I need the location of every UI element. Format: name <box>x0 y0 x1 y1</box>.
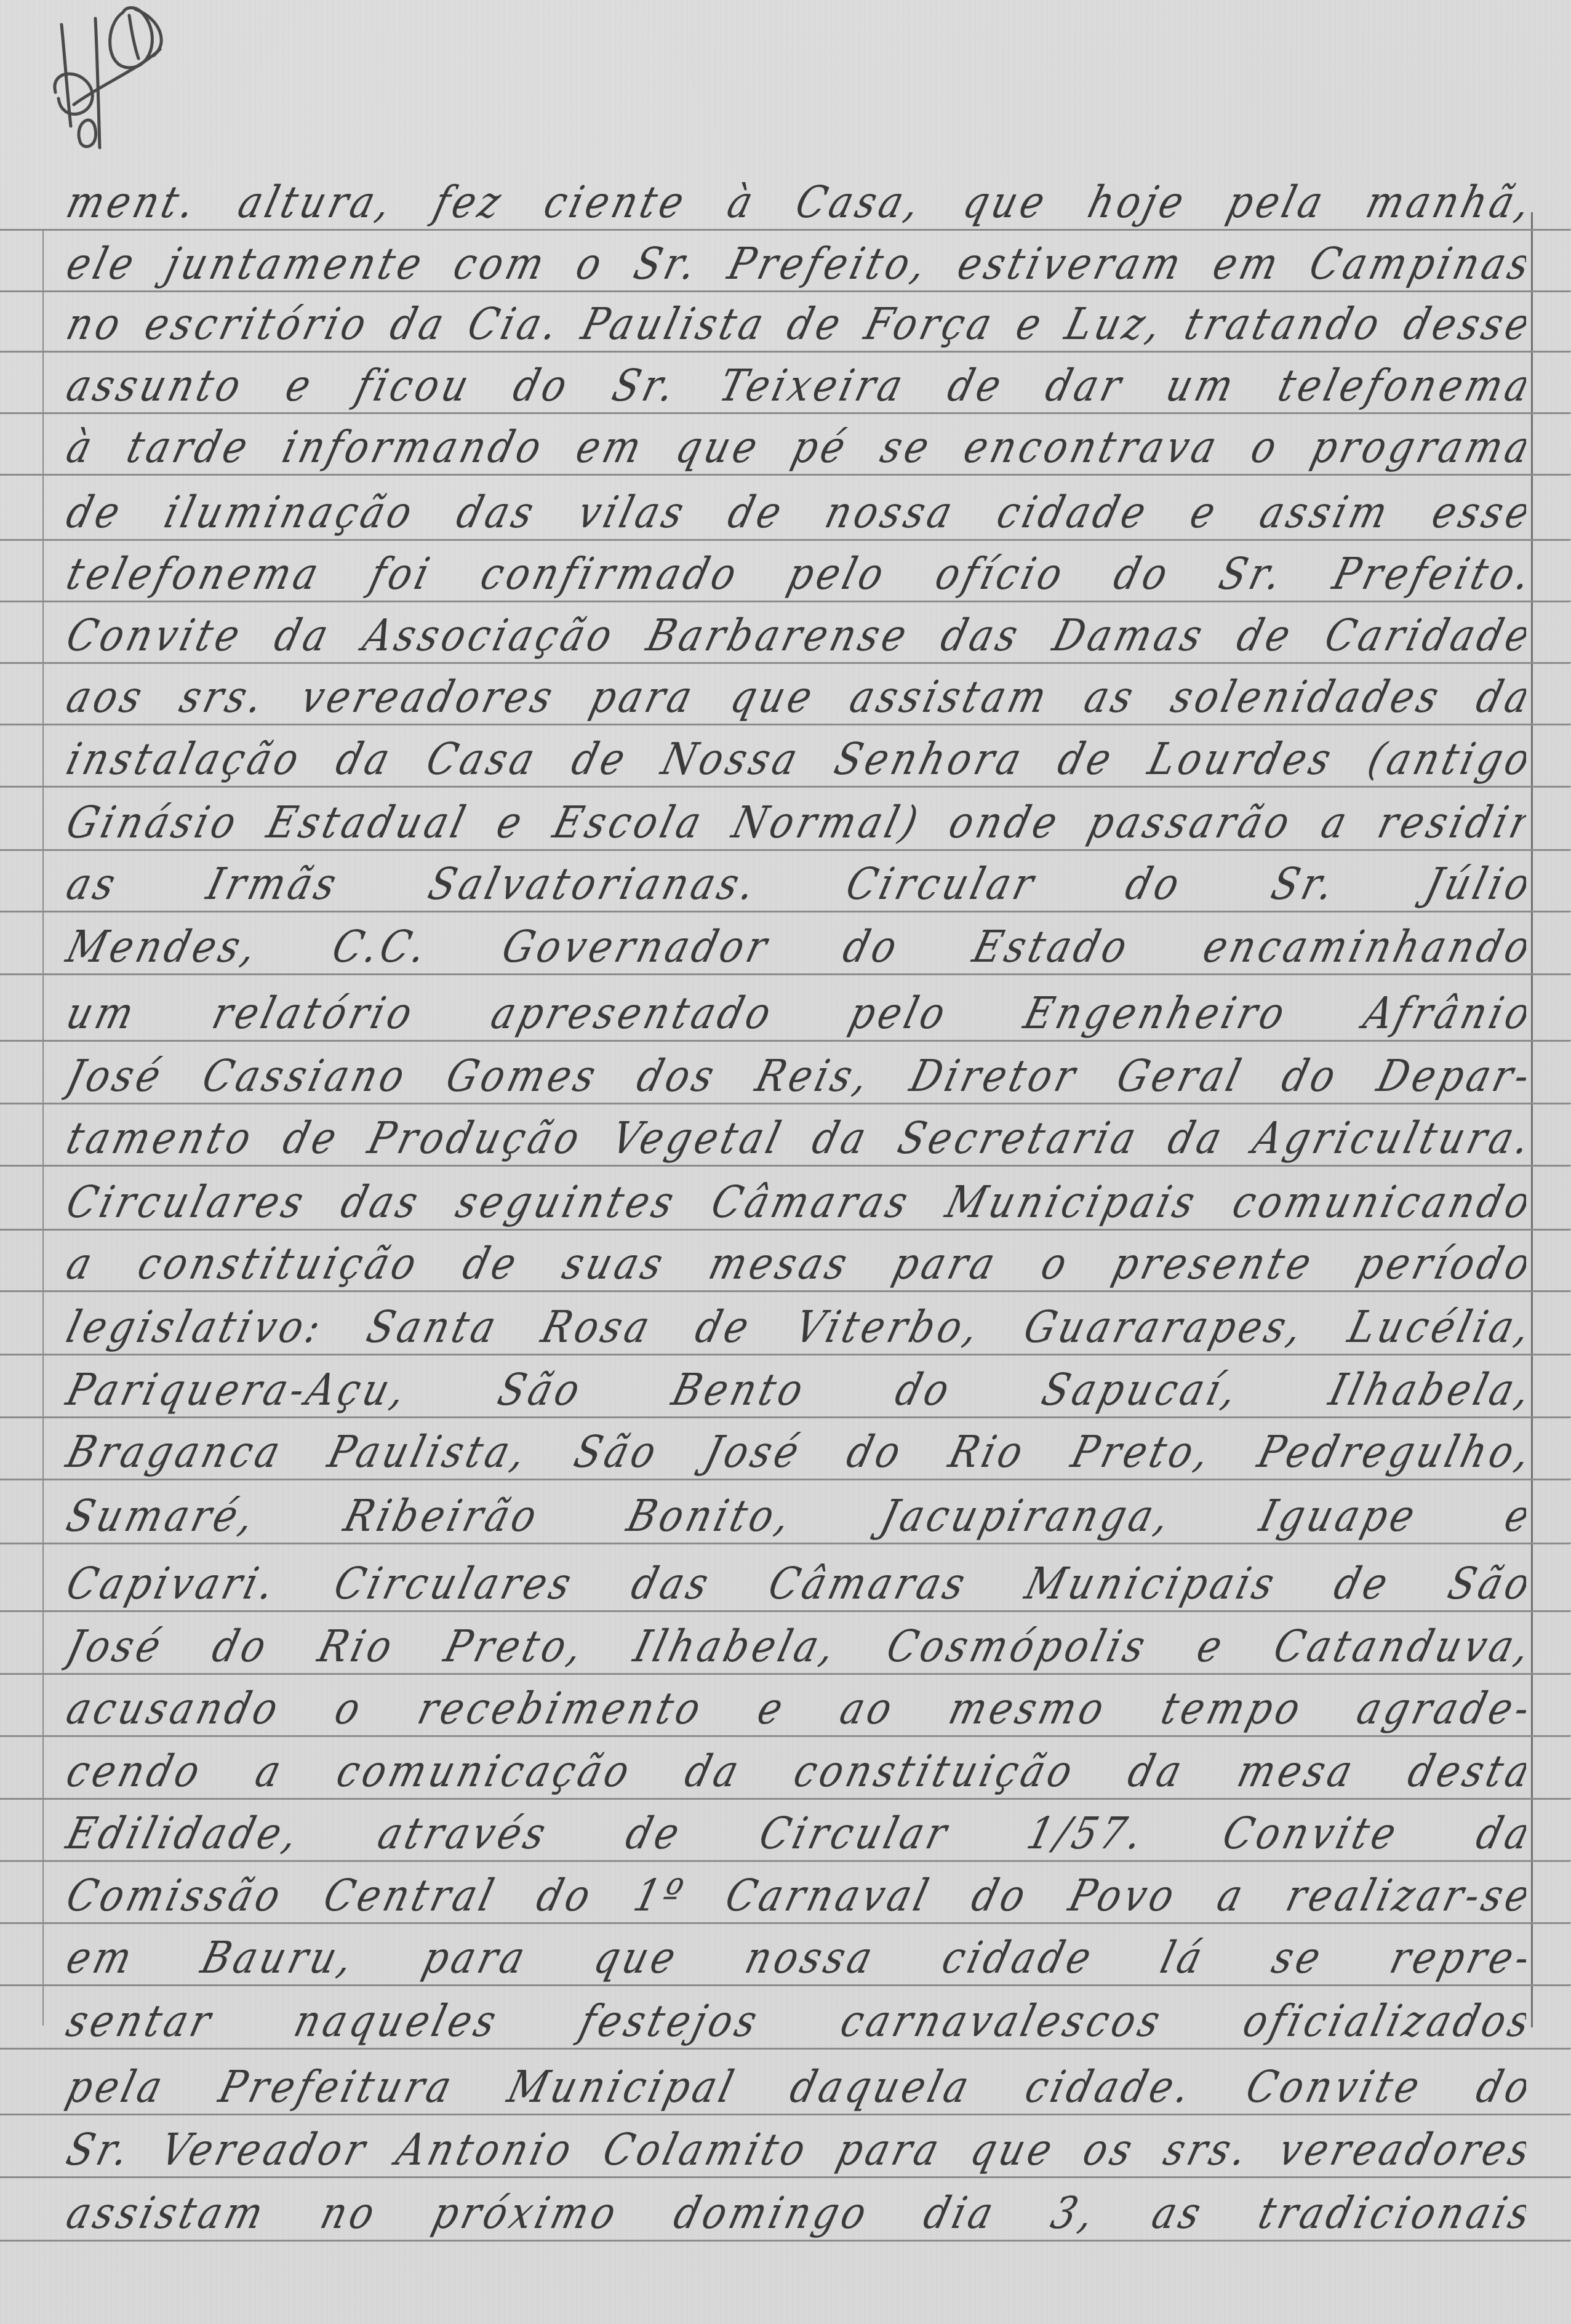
handwritten-word: da <box>270 609 337 661</box>
handwritten-word: Catanduva, <box>1269 1620 1526 1672</box>
handwritten-word: os <box>1078 2123 1141 2175</box>
handwritten-word: repre- <box>1385 1931 1526 1983</box>
handwritten-word: Nossa <box>657 733 806 785</box>
handwritten-word: ciente <box>539 176 693 228</box>
handwritten-word: Caridade <box>1320 609 1526 661</box>
handwritten-word: da <box>1123 1745 1191 1797</box>
handwritten-word: lá <box>1156 1931 1211 1983</box>
handwritten-word: tempo <box>1156 1682 1309 1734</box>
handwritten-word: seguintes <box>451 1176 682 1228</box>
handwritten-word: Circular <box>754 1807 956 1859</box>
handwritten-word: em <box>1208 238 1287 289</box>
handwritten-word: Ribeirão <box>339 1490 546 1541</box>
handwritten-word: assistam <box>845 671 1055 722</box>
text-line: instalaçãodaCasadeNossaSenhoradeLourdes(… <box>62 729 1526 785</box>
handwritten-word: aos <box>62 671 151 722</box>
handwritten-word: tradicionais <box>1253 2187 1526 2238</box>
handwritten-word: dia <box>919 2187 1002 2238</box>
handwritten-word: Damas <box>1048 609 1211 661</box>
handwritten-word: da <box>1471 671 1526 722</box>
handwritten-word: Municipais <box>1020 1557 1283 1609</box>
handwritten-word: constituição <box>133 1237 425 1289</box>
handwritten-word: do <box>1471 2061 1526 2112</box>
handwritten-word: Luz, <box>1060 298 1170 349</box>
handwritten-word: encaminhando <box>1198 920 1526 972</box>
handwritten-word: vereadores <box>1274 2123 1526 2175</box>
handwritten-word: um <box>62 987 143 1039</box>
handwritten-word: nossa <box>740 1931 881 1983</box>
handwritten-word: informando <box>278 421 550 473</box>
handwritten-word: Gomes <box>441 1050 604 1101</box>
handwritten-word: vilas <box>573 486 692 538</box>
handwritten-word: da <box>807 1112 875 1164</box>
handwritten-word: Guararapes, <box>1019 1301 1311 1352</box>
text-line: GinásioEstadualeEscolaNormal)ondepassarã… <box>62 793 1526 848</box>
handwritten-word: do <box>207 1620 275 1672</box>
handwritten-word: José <box>700 1426 808 1477</box>
handwritten-word: José <box>62 1050 170 1101</box>
handwritten-word: Ginásio <box>62 796 245 848</box>
text-line: ment.altura,fezcienteàCasa,quehojepelama… <box>62 172 1526 228</box>
handwritten-word: Escola <box>548 796 710 848</box>
handwritten-word: para <box>585 671 701 722</box>
handwritten-word: Circular <box>841 858 1042 909</box>
text-line: JoséCassianoGomesdosReis,DiretorGeraldoD… <box>62 1046 1526 1101</box>
handwritten-word: Circulares <box>62 1176 312 1228</box>
handwritten-word: de <box>690 1301 758 1352</box>
handwritten-word: Salvatorianas. <box>423 858 764 909</box>
handwritten-word: o <box>1246 421 1285 473</box>
handwritten-word: São <box>569 1426 665 1477</box>
handwritten-word: de <box>567 733 634 785</box>
handwritten-word: e <box>281 359 320 411</box>
handwritten-word: as <box>1147 2187 1210 2238</box>
handwritten-word: Geral <box>1112 1050 1250 1101</box>
handwritten-word: Produção <box>363 1112 588 1164</box>
handwritten-word: para <box>418 1931 534 1983</box>
text-line: telefonemafoiconfirmadopeloofíciodoSr.Pr… <box>62 544 1526 599</box>
handwritten-word: da <box>1163 1112 1231 1164</box>
handwritten-word: (antigo <box>1363 733 1526 785</box>
handwritten-word: a <box>1316 796 1356 848</box>
handwritten-word: Colamito <box>598 2123 814 2175</box>
handwritten-word: Prefeito. <box>1328 548 1526 599</box>
handwritten-word: do <box>967 1869 1034 1921</box>
handwritten-word: Convite <box>1218 1807 1405 1859</box>
handwritten-word: juntamente <box>161 238 431 289</box>
handwritten-word: Irmãs <box>202 858 345 909</box>
handwritten-word: Sr. <box>1214 548 1290 599</box>
handwritten-word: Edilidade, <box>62 1807 306 1859</box>
handwritten-word: Bonito, <box>622 1490 799 1541</box>
text-line: JosédoRioPreto,Ilhabela,CosmópoliseCatan… <box>62 1616 1526 1672</box>
handwritten-word: mesa <box>1233 1745 1361 1797</box>
handwritten-word: Viterbo, <box>790 1301 987 1352</box>
handwritten-word: dos <box>632 1050 723 1101</box>
text-line: Sumaré,RibeirãoBonito,Jacupiranga,Iguape… <box>62 1486 1526 1541</box>
handwritten-word: e <box>1192 1620 1231 1672</box>
handwritten-word: sentar <box>62 1995 220 2046</box>
handwritten-word: Santa <box>362 1301 505 1352</box>
handwritten-word: Casa <box>422 733 543 785</box>
handwritten-word: Lucélia, <box>1343 1301 1526 1352</box>
handwritten-word: de <box>782 298 849 349</box>
handwritten-word: domingo <box>669 2187 876 2238</box>
handwritten-word: pela <box>62 2061 171 2112</box>
handwritten-word: assistam <box>62 2187 272 2238</box>
handwritten-word: de <box>621 1807 688 1859</box>
text-line: ComissãoCentraldo1ºCarnavaldoPovoarealiz… <box>62 1866 1526 1921</box>
handwritten-word: estiveram <box>953 238 1189 289</box>
handwritten-word: através <box>373 1807 554 1859</box>
handwritten-word: Estadual <box>262 796 474 848</box>
handwritten-word: Teixeira <box>714 359 911 411</box>
text-line: BragancaPaulista,SãoJosédoRioPreto,Pedre… <box>62 1422 1526 1477</box>
handwritten-word: das <box>336 1176 426 1228</box>
handwritten-word: presente <box>1108 1237 1320 1289</box>
handwritten-word: de <box>723 486 790 538</box>
text-line: assistamnopróximodomingodia3,astradicion… <box>62 2183 1526 2238</box>
handwritten-word: do <box>508 359 576 411</box>
handwritten-word: de <box>458 1237 525 1289</box>
handwritten-word: mesas <box>704 1237 856 1289</box>
handwritten-word: telefonema <box>1273 359 1526 411</box>
handwritten-word: vereadores <box>296 671 561 722</box>
handwritten-word: Força <box>860 298 1001 349</box>
handwritten-word: o <box>330 1682 369 1734</box>
handwritten-word: Bento <box>667 1364 812 1415</box>
handwritten-word: hoje <box>1083 176 1193 228</box>
handwritten-word: Barbarense <box>642 609 916 661</box>
text-line: pelaPrefeituraMunicipaldaquelacidade.Con… <box>62 2057 1526 2112</box>
handwritten-word: srs. <box>1159 2123 1256 2175</box>
handwritten-word: de <box>1053 733 1120 785</box>
handwritten-word: a <box>250 1745 290 1797</box>
handwritten-word: 1º <box>629 1869 692 1921</box>
handwritten-word: passarão <box>1083 796 1298 848</box>
text-line: tamentodeProduçãoVegetaldaSecretariadaAg… <box>62 1108 1526 1164</box>
handwritten-word: do <box>532 1869 599 1921</box>
handwritten-word: foi <box>365 548 438 599</box>
handwritten-word: pela <box>1222 176 1332 228</box>
text-line: umrelatórioapresentadopeloEngenheiroAfrâ… <box>62 983 1526 1039</box>
handwritten-word: que <box>958 176 1053 228</box>
handwritten-word: Engenheiro <box>1019 987 1293 1039</box>
handwritten-word: ofício <box>930 548 1071 599</box>
handwritten-word: Vegetal <box>607 1112 789 1164</box>
handwritten-word: Carnaval <box>721 1869 937 1921</box>
handwritten-word: de <box>943 359 1010 411</box>
handwritten-word: o <box>1036 1237 1076 1289</box>
handwritten-word: programa <box>1306 421 1526 473</box>
handwritten-word: do <box>1109 548 1177 599</box>
handwritten-word: à <box>722 176 762 228</box>
handwritten-word: ficou <box>351 359 478 411</box>
handwritten-word: da <box>680 1745 748 1797</box>
handwritten-word: em <box>62 1931 140 1983</box>
handwritten-word: fez <box>429 176 510 228</box>
handwritten-word: residir <box>1373 796 1526 848</box>
text-line: sentarnaquelesfestejoscarnavalescosofici… <box>62 1991 1526 2046</box>
handwritten-word: Júlio <box>1420 858 1526 909</box>
handwritten-word: Rio <box>944 1426 1032 1477</box>
text-line: acusandoorecebimentoeaomesmotempoagrade- <box>62 1679 1526 1734</box>
handwritten-word: cidade <box>937 1931 1100 1983</box>
handwritten-word: recebimento <box>413 1682 710 1734</box>
handwritten-word: legislativo: <box>62 1301 330 1352</box>
handwritten-word: esse <box>1427 486 1526 538</box>
text-line: emBauru,paraquenossacidadeláserepre- <box>62 1928 1526 1983</box>
handwritten-word: Diretor <box>905 1050 1084 1101</box>
handwritten-word: Convite <box>62 609 249 661</box>
handwritten-word: período <box>1353 1237 1526 1289</box>
text-line: assuntoeficoudoSr.Teixeiradedarumtelefon… <box>62 356 1526 411</box>
handwritten-word: Ilhabela, <box>1324 1364 1526 1415</box>
handwritten-word: acusando <box>62 1682 287 1734</box>
handwritten-word: Afrânio <box>1359 987 1526 1039</box>
text-line: aossrs.vereadoresparaqueassistamassoleni… <box>62 667 1526 722</box>
handwritten-word: Municipal <box>503 2061 742 2112</box>
handwritten-word: cidade <box>992 486 1155 538</box>
handwritten-word: pelo <box>783 548 892 599</box>
handwritten-word: das <box>936 609 1026 661</box>
text-line: cendoacomunicaçãodaconstituiçãodamesades… <box>62 1741 1526 1797</box>
handwritten-word: Campinas <box>1305 238 1526 289</box>
handwritten-word: de <box>1232 609 1299 661</box>
handwritten-word: constituição <box>789 1745 1081 1797</box>
handwritten-word: desta <box>1403 1745 1526 1797</box>
handwritten-word: Prefeitura <box>214 2061 460 2112</box>
handwritten-word: Cia. <box>463 298 567 349</box>
handwritten-word: e <box>1500 1490 1526 1541</box>
handwritten-word: Sapucaí, <box>1037 1364 1245 1415</box>
handwritten-word: para <box>888 1237 1004 1289</box>
handwritten-word: Iguape <box>1255 1490 1423 1541</box>
handwritten-word: Central <box>319 1869 502 1921</box>
handwritten-word: São <box>493 1364 589 1415</box>
handwritten-word: Rosa <box>537 1301 658 1352</box>
handwritten-word: Preto, <box>1066 1426 1218 1477</box>
handwritten-word: e <box>1011 298 1050 349</box>
text-line: noescritóriodaCia.PaulistadeForçaeLuz,tr… <box>62 294 1526 349</box>
handwritten-word: Lourdes <box>1143 733 1340 785</box>
handwritten-word: Estado <box>968 920 1136 972</box>
handwritten-word: apresentado <box>486 987 780 1039</box>
handwritten-word: José <box>62 1620 170 1672</box>
handwritten-word: carnavalescos <box>836 1995 1169 2046</box>
handwritten-word: nossa <box>820 486 961 538</box>
handwritten-word: confirmado <box>476 548 745 599</box>
handwritten-word: no <box>316 2187 383 2238</box>
handwritten-word: Paulista <box>577 298 772 349</box>
handwritten-word: se <box>876 421 938 473</box>
handwritten-word: Rio <box>313 1620 401 1672</box>
handwritten-word: Agricultura. <box>1248 1112 1526 1164</box>
handwritten-word: Povo <box>1064 1869 1183 1921</box>
handwritten-word: São <box>1443 1557 1526 1609</box>
handwritten-word: do <box>1277 1050 1345 1101</box>
handwritten-word: em <box>571 421 650 473</box>
handwritten-word: as <box>1079 671 1142 722</box>
ledger-page: ment.altura,fezcienteàCasa,quehojepelama… <box>0 0 1571 2324</box>
handwritten-word: à <box>62 421 101 473</box>
handwritten-word: telefonema <box>62 548 327 599</box>
text-line: àtardeinformandoemquepéseencontravaoprog… <box>62 417 1526 473</box>
handwritten-word: assunto <box>62 359 250 411</box>
handwritten-word: Pedregulho, <box>1253 1426 1526 1477</box>
handwritten-word: ment. <box>62 176 204 228</box>
handwritten-word: Bauru, <box>196 1931 362 1983</box>
handwritten-word: as <box>62 858 124 909</box>
handwritten-word: comunicando <box>1228 1176 1526 1228</box>
handwritten-text-block: ment.altura,fezcienteàCasa,quehojepelama… <box>0 0 1571 2324</box>
handwritten-word: realizar-se <box>1281 1869 1526 1921</box>
handwritten-word: ao <box>835 1682 901 1734</box>
handwritten-word: da <box>1471 1807 1526 1859</box>
handwritten-word: da <box>331 733 399 785</box>
handwritten-word: das <box>626 1557 717 1609</box>
handwritten-word: Governador <box>497 920 776 972</box>
handwritten-word: Câmaras <box>764 1557 974 1609</box>
handwritten-word: agrade- <box>1352 1682 1526 1734</box>
handwritten-word: iluminação <box>159 486 421 538</box>
handwritten-word: manhã, <box>1361 176 1526 228</box>
text-line: deiluminaçãodasvilasdenossacidadeeassime… <box>62 482 1526 538</box>
handwritten-word: Preto, <box>439 1620 591 1672</box>
handwritten-word: Casa, <box>791 176 929 228</box>
handwritten-word: escritório <box>140 298 375 349</box>
text-line: legislativo:SantaRosadeViterbo,Guararape… <box>62 1297 1526 1352</box>
handwritten-word: assim <box>1255 486 1396 538</box>
handwritten-word: Sr. <box>629 238 705 289</box>
handwritten-word: dar <box>1041 359 1130 411</box>
handwritten-word: pé <box>787 421 854 473</box>
handwritten-word: altura, <box>233 176 400 228</box>
handwritten-word: desse <box>1399 298 1526 349</box>
text-line: CircularesdasseguintesCâmarasMunicipaisc… <box>62 1172 1526 1228</box>
text-line: Edilidade,atravésdeCircular1/57.Convited… <box>62 1803 1526 1859</box>
handwritten-word: instalação <box>62 733 308 785</box>
text-line: elejuntamentecomoSr.Prefeito,estiveramem… <box>62 234 1526 289</box>
handwritten-word: solenidades <box>1166 671 1447 722</box>
text-line: Sr.VereadorAntonioColamitoparaqueossrs.v… <box>62 2120 1526 2175</box>
handwritten-word: cendo <box>62 1745 209 1797</box>
handwritten-word: Antonio <box>391 2123 580 2175</box>
handwritten-word: onde <box>944 796 1066 848</box>
handwritten-word: mesmo <box>944 1682 1113 1734</box>
handwritten-word: comunicação <box>332 1745 638 1797</box>
handwritten-word: que <box>671 421 766 473</box>
handwritten-word: de <box>278 1112 345 1164</box>
handwritten-word: e <box>492 796 531 848</box>
handwritten-word: que <box>589 1931 684 1983</box>
handwritten-word: encontrava <box>959 421 1225 473</box>
handwritten-word: Normal) <box>727 796 927 848</box>
handwritten-word: Capivari. <box>62 1557 283 1609</box>
handwritten-word: oficializados <box>1238 1995 1526 2046</box>
handwritten-word: próximo <box>428 2187 625 2238</box>
handwritten-word: Câmaras <box>706 1176 917 1228</box>
handwritten-word: 3, <box>1046 2187 1103 2238</box>
handwritten-word: Convite <box>1241 2061 1428 2112</box>
text-line: Mendes,C.C.GovernadordoEstadoencaminhand… <box>62 917 1526 972</box>
handwritten-word: relatório <box>207 987 421 1039</box>
handwritten-word: Associação <box>358 609 621 661</box>
handwritten-word: tarde <box>122 421 257 473</box>
handwritten-word: Prefeito, <box>723 238 935 289</box>
handwritten-word: Mendes, <box>62 920 265 972</box>
handwritten-word: 1/57. <box>1022 1807 1151 1859</box>
handwritten-word: no <box>62 298 129 349</box>
handwritten-word: um <box>1161 359 1242 411</box>
text-line: ConvitedaAssociaçãoBarbarensedasDamasdeC… <box>62 605 1526 661</box>
text-line: aconstituiçãodesuasmesasparaopresenteper… <box>62 1234 1526 1289</box>
handwritten-word: Sumaré, <box>62 1490 263 1541</box>
text-line: Capivari.CircularesdasCâmarasMunicipaisd… <box>62 1554 1526 1609</box>
handwritten-word: Reis, <box>751 1050 877 1101</box>
handwritten-word: Secretaria <box>893 1112 1145 1164</box>
handwritten-word: daquela <box>785 2061 978 2112</box>
handwritten-word: pelo <box>844 987 954 1039</box>
text-line: asIrmãsSalvatorianas.CirculardoSr.Júlio <box>62 854 1526 909</box>
handwritten-word: Sr. <box>607 359 684 411</box>
handwritten-word: Sr. <box>1266 858 1343 909</box>
handwritten-word: festejos <box>575 1995 766 2046</box>
handwritten-word: a <box>62 1237 101 1289</box>
handwritten-word: ele <box>62 238 143 289</box>
handwritten-word: da <box>385 298 453 349</box>
handwritten-word: do <box>1121 858 1188 909</box>
handwritten-word: Ilhabela, <box>629 1620 844 1672</box>
text-line: Pariquera-Açu,SãoBentodoSapucaí,Ilhabela… <box>62 1360 1526 1415</box>
handwritten-word: com <box>449 238 553 289</box>
handwritten-word: se <box>1267 1931 1329 1983</box>
handwritten-word: tamento <box>62 1112 260 1164</box>
handwritten-word: de <box>1329 1557 1396 1609</box>
handwritten-word: Municipais <box>941 1176 1204 1228</box>
handwritten-word: do <box>890 1364 958 1415</box>
handwritten-word: Cassiano <box>198 1050 414 1101</box>
handwritten-word: Cosmópolis <box>882 1620 1154 1672</box>
handwritten-word: Braganca <box>62 1426 289 1477</box>
handwritten-word: C.C. <box>327 920 435 972</box>
handwritten-word: Comissão <box>62 1869 289 1921</box>
handwritten-word: das <box>452 486 542 538</box>
handwritten-word: suas <box>558 1237 671 1289</box>
handwritten-word: Vereador <box>156 2123 374 2175</box>
handwritten-word: que <box>726 671 821 722</box>
handwritten-word: Circulares <box>329 1557 580 1609</box>
handwritten-word: Depar- <box>1372 1050 1526 1101</box>
handwritten-word: a <box>1212 1869 1252 1921</box>
handwritten-word: cidade. <box>1020 2061 1199 2112</box>
handwritten-word: Jacupiranga, <box>876 1490 1178 1541</box>
handwritten-word: naqueles <box>289 1995 505 2046</box>
handwritten-word: o <box>571 238 610 289</box>
handwritten-word: Senhora <box>829 733 1030 785</box>
handwritten-word: Pariquera-Açu, <box>62 1364 414 1415</box>
handwritten-word: que <box>965 2123 1061 2175</box>
handwritten-word: para <box>832 2123 948 2175</box>
handwritten-word: srs. <box>175 671 272 722</box>
handwritten-word: e <box>1185 486 1225 538</box>
handwritten-word: tratando <box>1180 298 1388 349</box>
handwritten-word: Paulista, <box>323 1426 535 1477</box>
handwritten-word: e <box>753 1682 792 1734</box>
handwritten-word: do <box>842 1426 909 1477</box>
handwritten-word: Sr. <box>62 2123 138 2175</box>
handwritten-word: do <box>838 920 906 972</box>
